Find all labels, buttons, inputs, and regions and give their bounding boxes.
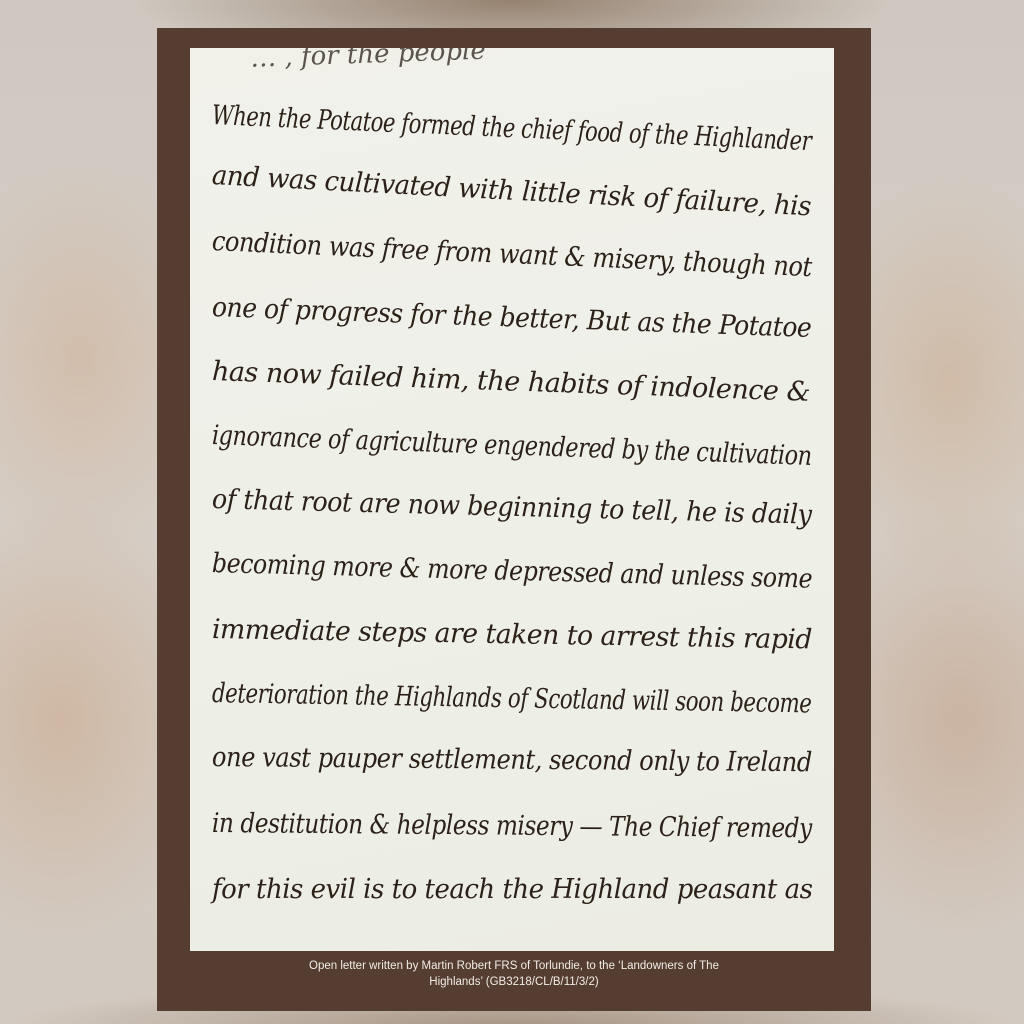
letter-line: one of progress for the better, But as t… bbox=[211, 292, 811, 344]
letter-line: When the Potatoe formed the chief food o… bbox=[211, 100, 812, 157]
letter-line: ignorance of agriculture engendered by t… bbox=[211, 420, 812, 472]
letter-line: condition was free from want & misery, t… bbox=[211, 226, 812, 283]
photo-frame: … , for the people When the Potatoe form… bbox=[157, 28, 871, 1011]
letter-line: of that root are now beginning to tell, … bbox=[212, 484, 812, 531]
caption-line-1: Open letter written by Martin Robert FRS… bbox=[157, 958, 871, 974]
letter-line: for this evil is to teach the Highland p… bbox=[212, 874, 812, 905]
letter-line: has now failed him, the habits of indole… bbox=[211, 356, 810, 408]
image-caption: Open letter written by Martin Robert FRS… bbox=[157, 958, 871, 990]
letter-line: becoming more & more depressed and unles… bbox=[212, 548, 813, 595]
letter-line: and was cultivated with little risk of f… bbox=[211, 160, 812, 222]
letter-cropped-top-line: … , for the people bbox=[250, 48, 811, 74]
letter-line: deterioration the Highlands of Scotland … bbox=[212, 678, 812, 719]
letter-line: in destitution & helpless misery — The C… bbox=[212, 808, 812, 844]
letter-line: immediate steps are taken to arrest this… bbox=[212, 614, 812, 655]
letter-line: one vast pauper settlement, second only … bbox=[212, 742, 812, 778]
letter-page: … , for the people When the Potatoe form… bbox=[190, 48, 834, 951]
caption-line-2: Highlands’ (GB3218/CL/B/11/3/2) bbox=[157, 974, 871, 990]
